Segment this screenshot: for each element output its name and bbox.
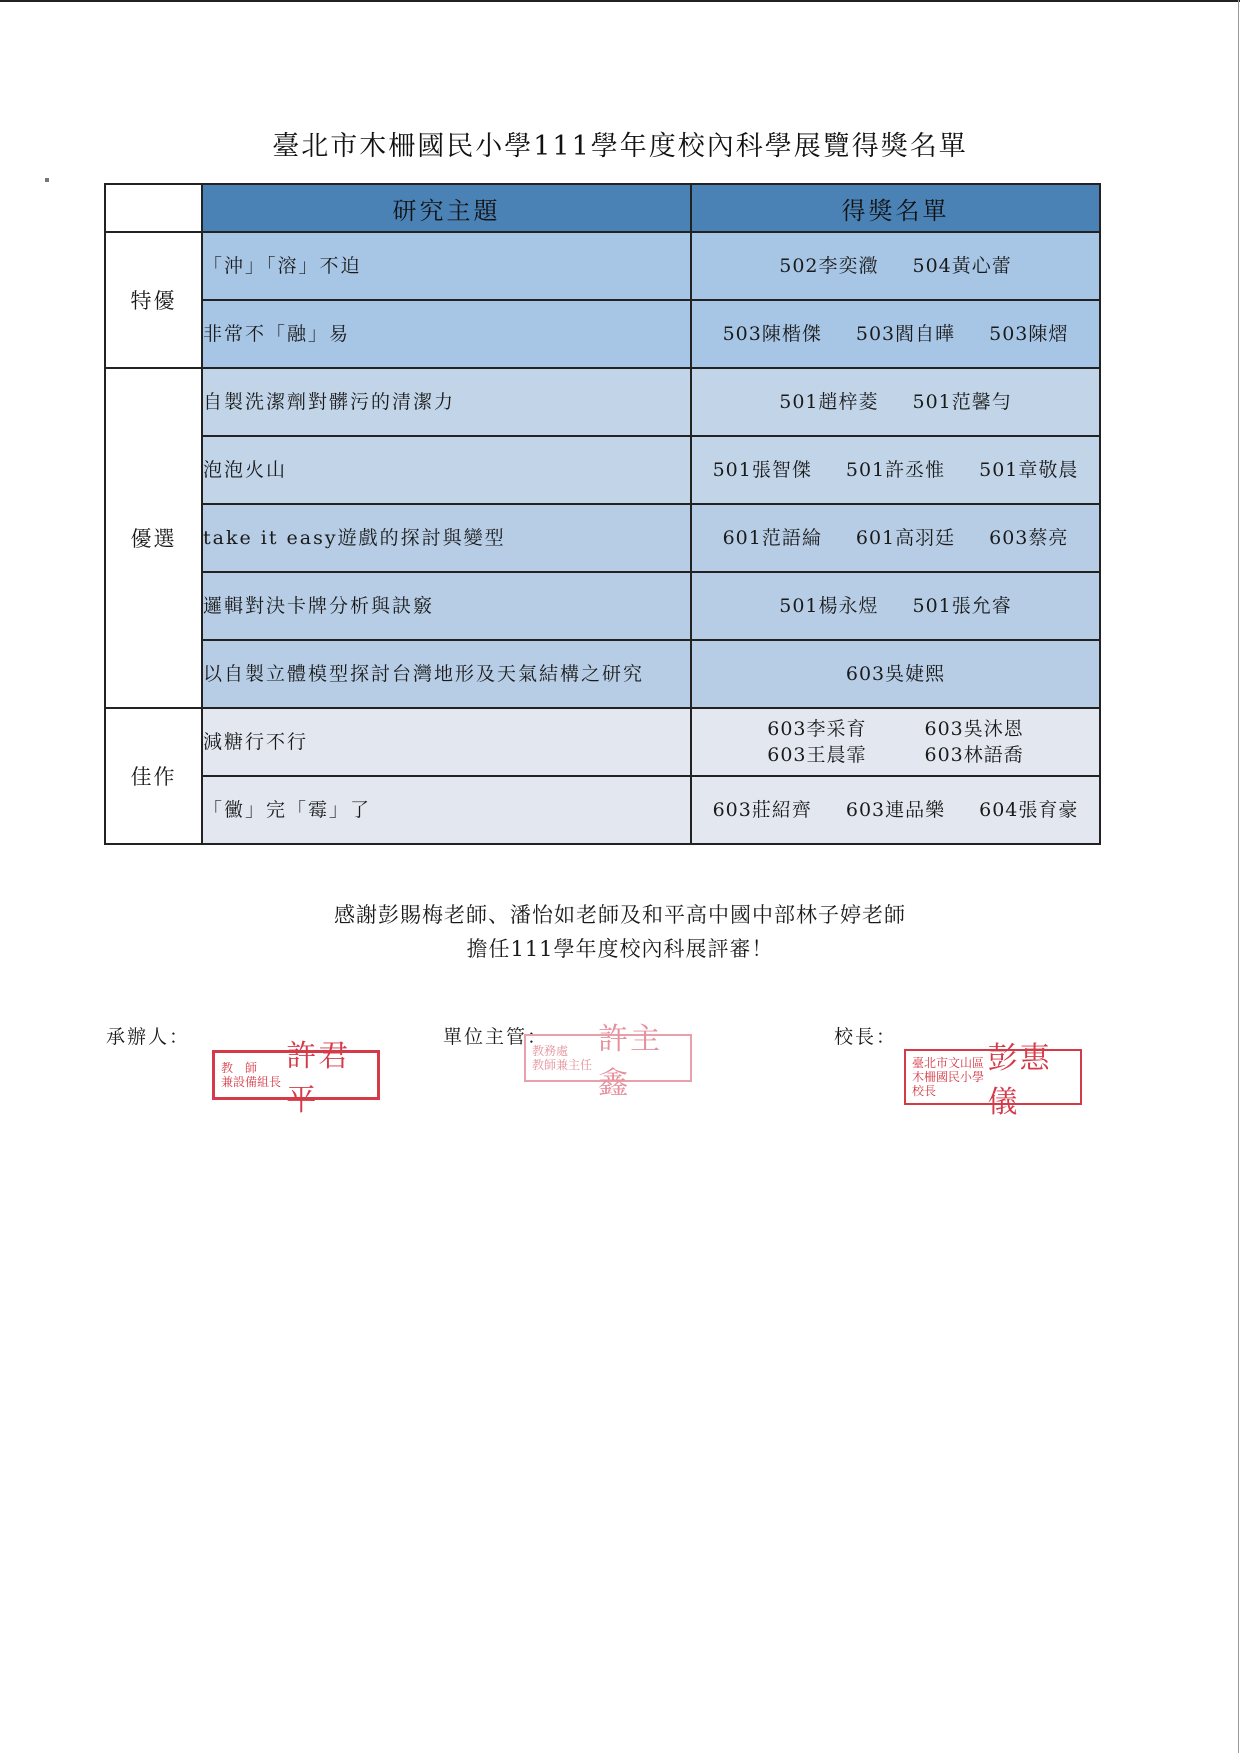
winner-name: 601范語綸	[723, 525, 822, 551]
winners-cell: 501張智傑 501許丞惟 501章敬晨	[691, 436, 1100, 504]
topic-cell: 邏輯對決卡牌分析與訣竅	[202, 572, 691, 640]
winners-cell: 501趙梓菱 501范馨勻	[691, 368, 1100, 436]
topic-cell: 泡泡火山	[202, 436, 691, 504]
table-row: 以自製立體模型探討台灣地形及天氣結構之研究 603吳婕熙	[105, 640, 1100, 708]
winner-name: 603莊紹齊	[713, 797, 812, 823]
winner-name: 603李采育	[767, 716, 866, 742]
winner-name: 501范馨勻	[913, 389, 1012, 415]
seal-title: 教務處 教師兼主任	[532, 1044, 598, 1072]
table-row: 非常不「融」易 503陳楷傑 503閻自曄 503陳熠	[105, 300, 1100, 368]
winner-name: 501張允睿	[913, 593, 1012, 619]
category-cell: 優選	[105, 368, 202, 708]
winner-name: 603吳婕熙	[846, 661, 945, 687]
principal-label: 校長：	[834, 1022, 897, 1049]
winner-name: 501楊永煜	[779, 593, 878, 619]
top-border-line	[0, 0, 1240, 2]
topic-cell: 以自製立體模型探討台灣地形及天氣結構之研究	[202, 640, 691, 708]
topic-cell: 減糖行不行	[202, 708, 691, 776]
winner-name: 504黃心蕾	[913, 253, 1012, 279]
winner-name: 503陳楷傑	[723, 321, 822, 347]
seal-title: 臺北市文山區 木柵國民小學校長	[912, 1056, 988, 1098]
table-row: 邏輯對決卡牌分析與訣竅 501楊永煜 501張允睿	[105, 572, 1100, 640]
category-cell: 佳作	[105, 708, 202, 844]
winners-cell: 502李奕瀓 504黃心蕾	[691, 232, 1100, 300]
principal-seal: 臺北市文山區 木柵國民小學校長 彭惠儀	[904, 1049, 1082, 1105]
table-row: take it easy遊戲的探討與變型 601范語綸 601高羽廷 603蔡亮	[105, 504, 1100, 572]
winner-name: 501趙梓菱	[779, 389, 878, 415]
table-row: 特優 「沖」「溶」不迫 502李奕瀓 504黃心蕾	[105, 232, 1100, 300]
seal-name: 彭惠儀	[988, 1033, 1074, 1121]
topic-cell: take it easy遊戲的探討與變型	[202, 504, 691, 572]
winners-cell: 501楊永煜 501張允睿	[691, 572, 1100, 640]
supervisor-seal: 教務處 教師兼主任 許主鑫	[524, 1034, 692, 1082]
winner-name: 603蔡亮	[989, 525, 1068, 551]
winners-cell: 503陳楷傑 503閻自曄 503陳熠	[691, 300, 1100, 368]
winners-cell: 603吳婕熙	[691, 640, 1100, 708]
winner-name: 603吳沐恩	[925, 716, 1024, 742]
winners-cell: 603李采育 603吳沐恩 603王晨霏 603林語喬	[691, 708, 1100, 776]
winner-name: 604張育豪	[979, 797, 1078, 823]
winner-name: 603連品樂	[846, 797, 945, 823]
organizer-seal: 教 師 兼設備組長 許君平	[212, 1050, 380, 1100]
header-winners: 得獎名單	[691, 184, 1100, 232]
seal-name: 許君平	[286, 1031, 371, 1119]
organizer-label: 承辦人：	[106, 1022, 190, 1049]
seal-name: 許主鑫	[598, 1014, 684, 1102]
category-cell: 特優	[105, 232, 202, 368]
topic-cell: 「沖」「溶」不迫	[202, 232, 691, 300]
topic-cell: 非常不「融」易	[202, 300, 691, 368]
awards-table: 研究主題 得獎名單 特優 「沖」「溶」不迫 502李奕瀓 504黃心蕾 非常不「…	[104, 183, 1101, 845]
header-blank-cell	[105, 184, 202, 232]
thanks-line-2: 擔任111學年度校內科展評審！	[0, 932, 1240, 966]
table-row: 佳作 減糖行不行 603李采育 603吳沐恩 603王晨霏 603林語喬	[105, 708, 1100, 776]
topic-cell: 自製洗潔劑對髒污的清潔力	[202, 368, 691, 436]
topic-cell: 「黴」完「霉」了	[202, 776, 691, 844]
table-row: 「黴」完「霉」了 603莊紹齊 603連品樂 604張育豪	[105, 776, 1100, 844]
thanks-line-1: 感謝彭賜梅老師、潘怡如老師及和平高中國中部林子婷老師	[0, 898, 1240, 932]
right-border-line	[1238, 0, 1239, 1753]
thanks-message: 感謝彭賜梅老師、潘怡如老師及和平高中國中部林子婷老師 擔任111學年度校內科展評…	[0, 898, 1240, 966]
winner-name: 603林語喬	[925, 742, 1024, 768]
winner-name: 501許丞惟	[846, 457, 945, 483]
winner-name: 503閻自曄	[856, 321, 955, 347]
winner-name: 601高羽廷	[856, 525, 955, 551]
winners-cell: 601范語綸 601高羽廷 603蔡亮	[691, 504, 1100, 572]
seal-title: 教 師 兼設備組長	[221, 1061, 286, 1089]
document-title: 臺北市木柵國民小學111學年度校內科學展覽得獎名單	[0, 124, 1240, 163]
table-row: 泡泡火山 501張智傑 501許丞惟 501章敬晨	[105, 436, 1100, 504]
scan-speck	[45, 178, 49, 182]
winner-name: 502李奕瀓	[779, 253, 878, 279]
winner-name: 501張智傑	[713, 457, 812, 483]
winner-name: 501章敬晨	[979, 457, 1078, 483]
winner-name: 503陳熠	[989, 321, 1068, 347]
header-topic: 研究主題	[202, 184, 691, 232]
winners-cell: 603莊紹齊 603連品樂 604張育豪	[691, 776, 1100, 844]
winner-name: 603王晨霏	[767, 742, 866, 768]
table-row: 優選 自製洗潔劑對髒污的清潔力 501趙梓菱 501范馨勻	[105, 368, 1100, 436]
table-header-row: 研究主題 得獎名單	[105, 184, 1100, 232]
